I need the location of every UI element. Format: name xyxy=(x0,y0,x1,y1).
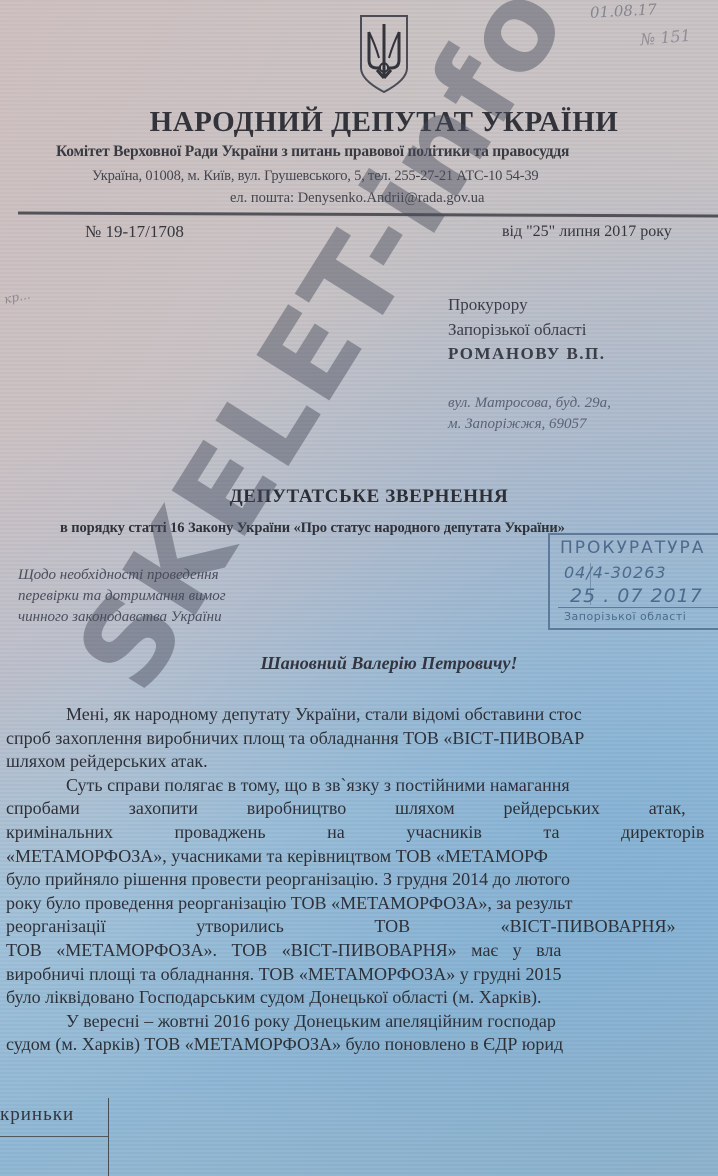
attached-tab-label: криньки xyxy=(0,1104,74,1126)
letter-body: Мені, як народному депутату України, ста… xyxy=(6,703,718,1057)
handwritten-date-note: 01.08.17 xyxy=(590,0,658,21)
body-line: Мені, як народному депутату України, ста… xyxy=(6,703,718,727)
letterhead-title: НАРОДНИЙ ДЕПУТАТ УКРАЇНИ xyxy=(0,106,718,139)
body-word: виробництво xyxy=(247,797,346,821)
stamp-title: ПРОКУРАТУРА xyxy=(560,538,705,558)
stamp-footer: Запорізької області xyxy=(564,610,686,623)
appeal-subtitle: в порядку статті 16 Закону України «Про … xyxy=(60,520,565,537)
body-line: реорганізаціїутворилисьТОВ«ВІСТ-ПИВОВАРН… xyxy=(6,915,718,939)
body-word: шляхом xyxy=(395,797,454,821)
body-word: на xyxy=(327,821,345,845)
body-line: виробничі площі та обладнання. ТОВ «МЕТА… xyxy=(6,963,718,987)
body-word: ТОВ xyxy=(374,915,410,939)
recipient-name: РОМАНОВУ В.П. xyxy=(448,344,606,364)
subject-line: Щодо необхідності проведення xyxy=(18,565,226,586)
body-line: було прийняло рішення провести реорганіз… xyxy=(6,868,718,892)
body-line: ТОВ «МЕТАМОРФОЗА». ТОВ «ВІСТ-ПИВОВАРНЯ» … xyxy=(6,939,718,963)
body-line: судом (м. Харків) ТОВ «МЕТАМОРФОЗА» було… xyxy=(6,1033,718,1057)
body-line: спроб захоплення виробничих площ та обла… xyxy=(6,727,718,751)
body-word: кримінальних xyxy=(6,821,113,845)
recipient-region: Запорізької області xyxy=(448,317,586,342)
subject-block: Щодо необхідності проведення перевірки т… xyxy=(18,565,226,628)
document-number: № 19-17/1708 xyxy=(85,222,184,242)
greeting: Шановний Валерію Петровичу! xyxy=(0,653,718,674)
body-line: «МЕТАМОРФОЗА», учасниками та керівництво… xyxy=(6,845,718,869)
body-line: спробамизахопитивиробництвошляхомрейдерс… xyxy=(6,797,718,821)
stamp-divider xyxy=(558,607,718,608)
pencil-annotation: кр... xyxy=(3,287,32,306)
recipient-title: Прокурору xyxy=(448,292,586,317)
subject-line: чинного законодавства України xyxy=(18,607,226,628)
body-word: учасників xyxy=(406,821,482,845)
letterhead-email: ел. пошта: Denysenko.Andrii@rada.gov.ua xyxy=(230,190,484,207)
body-word: «ВІСТ-ПИВОВАРНЯ» xyxy=(501,915,676,939)
stamp-date: 25 . 07 2017 xyxy=(570,585,703,607)
recipient-street: вул. Матросова, буд. 29а, xyxy=(448,393,611,414)
body-word: рейдерських xyxy=(504,797,600,821)
recipient-address: вул. Матросова, буд. 29а, м. Запоріжжя, … xyxy=(448,393,611,435)
document-date: від "25" липня 2017 року xyxy=(502,223,672,241)
letterhead-divider xyxy=(18,211,718,217)
body-word: реорганізації xyxy=(6,915,106,939)
body-line: У вересні – жовтні 2016 року Донецьким а… xyxy=(6,1010,718,1034)
stamp-registration-number: 04/4-30263 xyxy=(564,563,667,582)
attached-tab-divider xyxy=(0,1136,108,1137)
body-word: утворились xyxy=(196,915,284,939)
body-word: спробами xyxy=(6,797,80,821)
ukraine-trident-icon xyxy=(355,10,413,94)
body-line: року було проведення реорганізацію ТОВ «… xyxy=(6,892,718,916)
letterhead-committee: Комітет Верховної Ради України з питань … xyxy=(56,143,569,161)
body-word: директорів xyxy=(621,821,704,845)
subject-line: перевірки та дотримання вимог xyxy=(18,586,226,607)
body-word: проваджень xyxy=(175,821,266,845)
body-word: атак, xyxy=(649,797,686,821)
body-word: захопити xyxy=(129,797,198,821)
body-line: було ліквідовано Господарським судом Дон… xyxy=(6,986,718,1010)
body-line: шляхом рейдерських атак. xyxy=(6,750,718,774)
handwritten-number-note: № 151 xyxy=(639,26,691,49)
appeal-title: ДЕПУТАТСЬКЕ ЗВЕРНЕННЯ xyxy=(0,486,718,508)
body-word: та xyxy=(543,821,559,845)
recipient-block: Прокурору Запорізької області xyxy=(448,292,586,342)
recipient-city: м. Запоріжжя, 69057 xyxy=(448,414,611,435)
body-line: кримінальнихпровадженьнаучасниківтадирек… xyxy=(6,821,718,845)
prosecutor-registration-stamp: ПРОКУРАТУРА 04/4-30263 25 . 07 2017 Запо… xyxy=(548,533,718,630)
body-line: Суть справи полягає в тому, що в зв`язку… xyxy=(6,774,718,798)
letterhead-address: Україна, 01008, м. Київ, вул. Грушевсько… xyxy=(92,168,538,185)
